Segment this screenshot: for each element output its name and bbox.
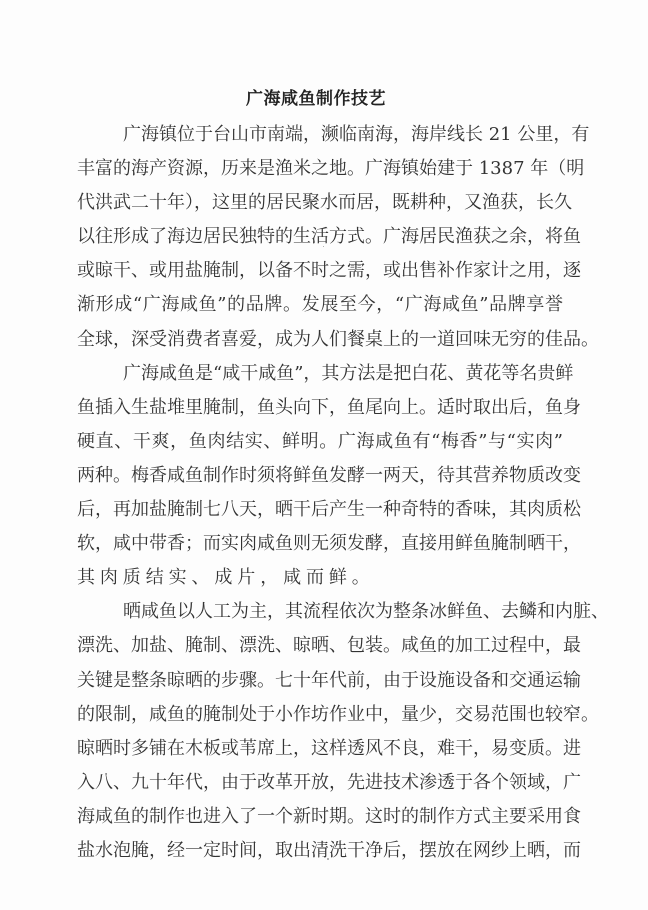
document-page: 广海咸鱼制作技艺 广海镇位于台山市南端，濒临南海，海岸线长 21 公里，有 丰富… xyxy=(0,0,648,910)
document-title: 广海咸鱼制作技艺 xyxy=(0,84,632,109)
text-line: 广海咸鱼是“咸干咸鱼”，其方法是把白花、黄花等名贵鲜 xyxy=(77,360,563,394)
text-line: 海咸鱼的制作也进入了一个新时期。这时的制作方式主要采用食 xyxy=(77,803,563,837)
text-line: 漂洗、加盐、腌制、漂洗、晾晒、包装。咸鱼的加工过程中，最 xyxy=(77,632,563,666)
scan-speck xyxy=(323,246,324,247)
text-line: 晒咸鱼以人工为主，其流程依次为整条冰鲜鱼、去鳞和内脏、 xyxy=(77,598,563,632)
paragraph-process: 晒咸鱼以人工为主，其流程依次为整条冰鲜鱼、去鳞和内脏、 漂洗、加盐、腌制、漂洗、… xyxy=(77,598,563,871)
text-line: 或晾干、或用盐腌制，以备不时之需，或出售补作家计之用，逐 xyxy=(77,257,563,291)
document-body: 广海镇位于台山市南端，濒临南海，海岸线长 21 公里，有 丰富的海产资源，历来是… xyxy=(77,121,563,871)
text-line: 丰富的海产资源，历来是渔米之地。广海镇始建于 1387 年（明 xyxy=(77,155,563,189)
text-line: 两种。梅香咸鱼制作时须将鲜鱼发酵一两天，待其营养物质改变 xyxy=(77,462,563,496)
scan-speck xyxy=(327,858,329,860)
text-line: 后，再加盐腌制七八天，晒干后产生一种奇特的香味，其肉质松 xyxy=(77,496,563,530)
text-line: 晾晒时多铺在木板或苇席上，这样透风不良，难干，易变质。进 xyxy=(77,735,563,769)
text-line: 盐水泡腌，经一定时间，取出清洗干净后，摆放在网纱上晒，而 xyxy=(77,837,563,871)
text-line: 广海镇位于台山市南端，濒临南海，海岸线长 21 公里，有 xyxy=(77,121,563,155)
text-line: 软，咸中带香；而实肉咸鱼则无须发酵，直接用鲜鱼腌制晒干， xyxy=(77,530,563,564)
text-line: 鱼插入生盐堆里腌制，鱼头向下，鱼尾向上。适时取出后，鱼身 xyxy=(77,394,563,428)
text-line: 渐形成“广海咸鱼”的品牌。发展至今，“广海咸鱼”品牌享誉 xyxy=(77,291,563,325)
text-line: 硬直、干爽，鱼肉结实、鲜明。广海咸鱼有“梅香”与“实肉” xyxy=(77,428,563,462)
text-line: 的限制，咸鱼的腌制处于小作坊作业中，量少，交易范围也较窄。 xyxy=(77,701,563,735)
text-line: 入八、九十年代，由于改革开放，先进技术渗透于各个领域，广 xyxy=(77,769,563,803)
text-line: 关键是整条晾晒的步骤。七十年代前，由于设施设备和交通运输 xyxy=(77,667,563,701)
text-line: 全球，深受消费者喜爱，成为人们餐桌上的一道回味无穷的佳品。 xyxy=(77,326,563,360)
paragraph-history: 广海镇位于台山市南端，濒临南海，海岸线长 21 公里，有 丰富的海产资源，历来是… xyxy=(77,121,563,360)
text-line: 其肉质结实、成片，咸而鲜。 xyxy=(77,564,563,598)
paragraph-method: 广海咸鱼是“咸干咸鱼”，其方法是把白花、黄花等名贵鲜 鱼插入生盐堆里腌制，鱼头向… xyxy=(77,360,563,599)
text-line: 代洪武二十年），这里的居民聚水而居，既耕种，又渔获，长久 xyxy=(77,189,563,223)
text-line: 以往形成了海边居民独特的生活方式。广海居民渔获之余，将鱼 xyxy=(77,223,563,257)
